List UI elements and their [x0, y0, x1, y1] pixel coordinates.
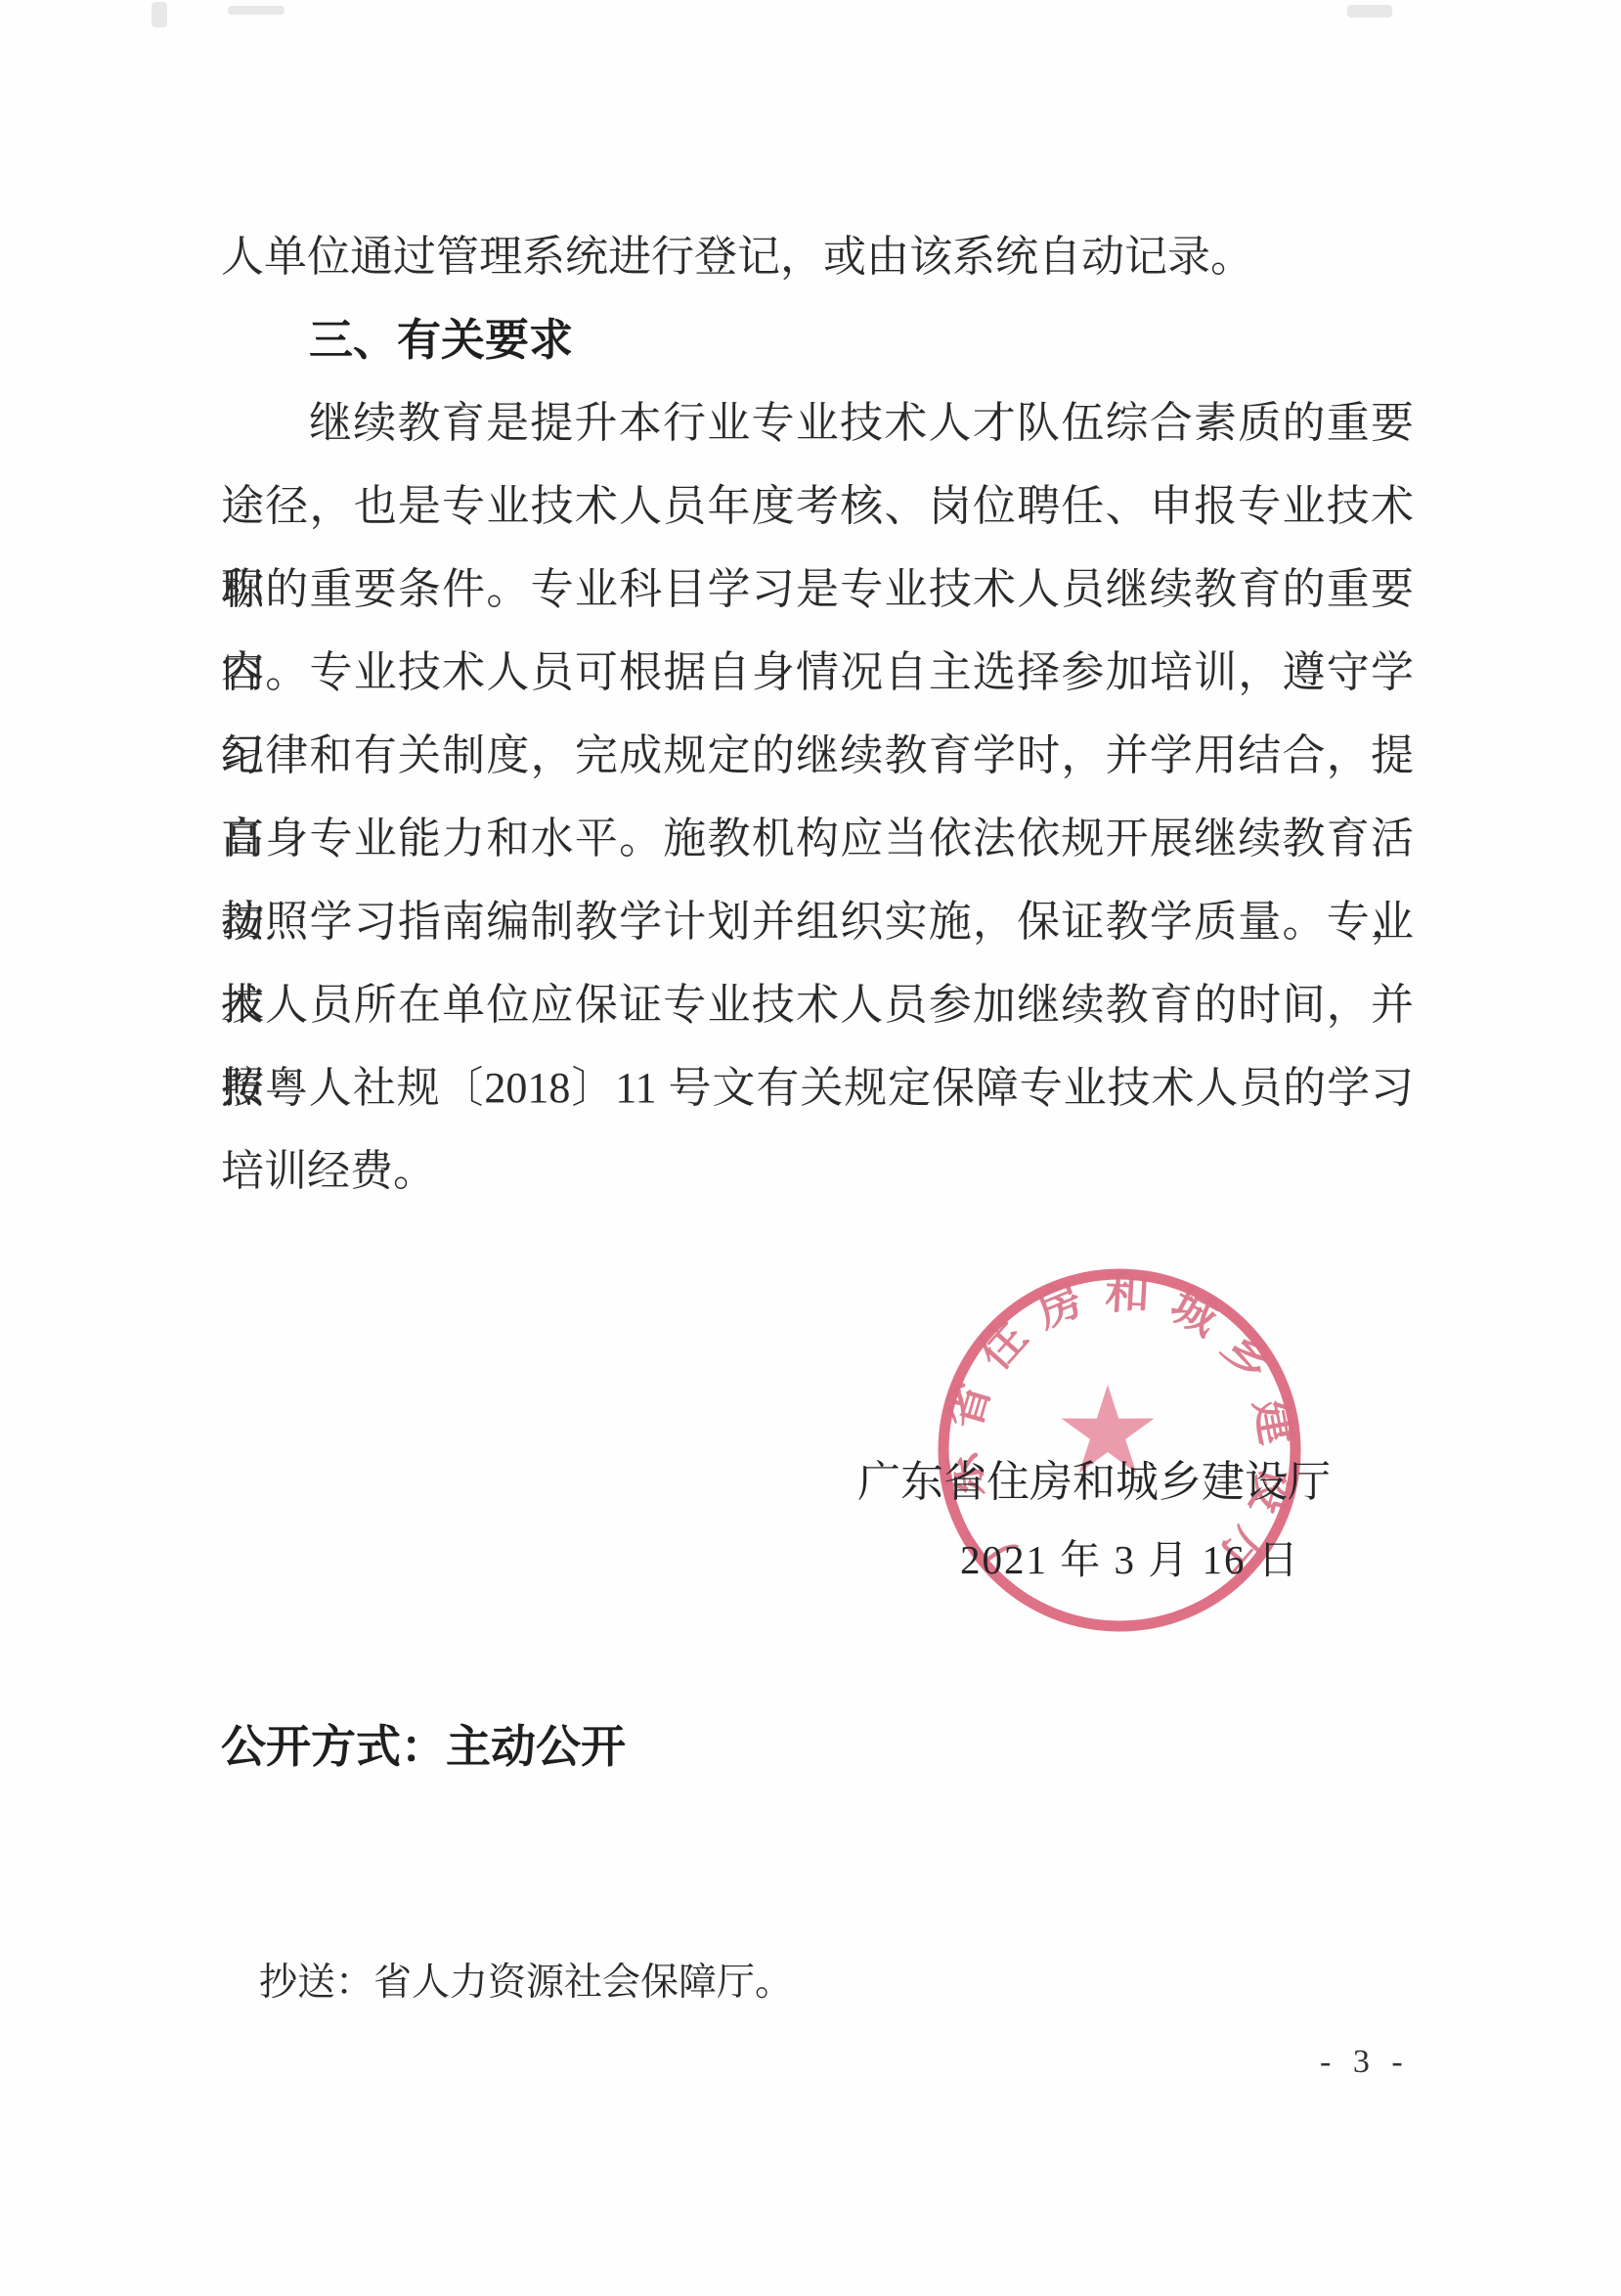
body-line: 纪律和有关制度，完成规定的继续教育学时，并学用结合，提高 — [221, 714, 1414, 797]
publicity-method-line: 公开方式：主动公开 — [221, 1711, 626, 1776]
cc-line: 抄送：省人力资源社会保障厅。 — [259, 1952, 793, 2007]
scanned-document-page: 人单位通过管理系统进行登记，或由该系统自动记录。 三、有关要求 继续教育是提升本… — [0, 0, 1621, 2296]
body-line: 继续教育是提升本行业专业技术人才队伍综合素质的重要 — [221, 381, 1414, 464]
scan-smudge — [228, 6, 285, 15]
scan-smudge — [1347, 5, 1392, 18]
body-line: 术人员所在单位应保证专业技术人员参加继续教育的时间，并按 — [221, 963, 1414, 1046]
document-body: 人单位通过管理系统进行登记，或由该系统自动记录。 三、有关要求 继续教育是提升本… — [221, 215, 1414, 1213]
body-line: 途径，也是专业技术人员年度考核、岗位聘任、申报专业技术职 — [221, 464, 1414, 548]
body-line: 自身专业能力和水平。施教机构应当依法依规开展继续教育活动， — [221, 797, 1414, 880]
scan-smudge — [152, 2, 167, 27]
body-line: 称的重要条件。专业科目学习是专业技术人员继续教育的重要内 — [221, 548, 1414, 631]
signature-date: 2021 年 3 月 16 日 — [960, 1537, 1300, 1582]
page-number: - 3 - — [1320, 2044, 1410, 2081]
body-line: 按照学习指南编制教学计划并组织实施，保证教学质量。专业技 — [221, 880, 1414, 963]
section-heading: 三、有关要求 — [221, 298, 1414, 381]
body-line: 人单位通过管理系统进行登记，或由该系统自动记录。 — [221, 215, 1414, 298]
signature-agency: 广东省住房和城乡建设厅 — [857, 1459, 1331, 1506]
body-line: 培训经费。 — [221, 1129, 1414, 1213]
body-line: 容。专业技术人员可根据自身情况自主选择参加培训，遵守学习 — [221, 631, 1414, 714]
body-line: 照粤人社规〔2018〕11 号文有关规定保障专业技术人员的学习 — [221, 1046, 1414, 1129]
